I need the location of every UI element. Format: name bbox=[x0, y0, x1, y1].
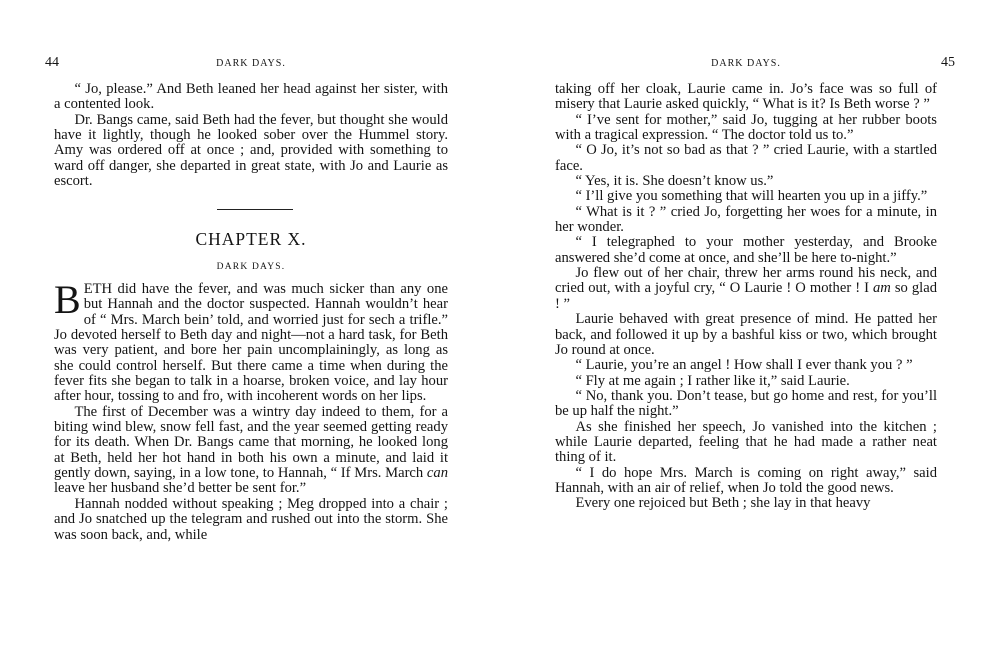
running-head-right: DARK DAYS. 45 bbox=[555, 58, 937, 74]
page-number-left: 44 bbox=[45, 55, 59, 71]
right-page: DARK DAYS. 45 taking off her cloak, Laur… bbox=[555, 0, 937, 656]
running-head-title-left: DARK DAYS. bbox=[216, 58, 286, 69]
paragraph: “ I do hope Mrs. March is coming on righ… bbox=[555, 466, 937, 497]
paragraph: The first of December was a wintry day i… bbox=[54, 405, 448, 497]
paragraph: Laurie behaved with great presence of mi… bbox=[555, 312, 937, 358]
paragraph: “ I’ll give you something that will hear… bbox=[555, 189, 937, 204]
drop-cap: B bbox=[54, 285, 81, 315]
chapter-title: CHAPTER X. bbox=[54, 229, 448, 250]
paragraph: Every one rejoiced but Beth ; she lay in… bbox=[555, 496, 937, 511]
paragraph: taking off her cloak, Laurie came in. Jo… bbox=[555, 82, 937, 113]
paragraph: “ What is it ? ” cried Jo, forgetting he… bbox=[555, 205, 937, 236]
left-page-opening-text: “ Jo, please.” And Beth leaned her head … bbox=[54, 82, 448, 189]
paragraph: Dr. Bangs came, said Beth had the fever,… bbox=[54, 113, 448, 190]
left-page: 44 DARK DAYS. “ Jo, please.” And Beth le… bbox=[54, 0, 448, 656]
emphasis: can bbox=[427, 465, 448, 481]
paragraph: “ Fly at me again ; I rather like it,” s… bbox=[555, 374, 937, 389]
paragraph-text: The first of December was a wintry day i… bbox=[54, 404, 448, 481]
paragraph: “ I telegraphed to your mother yesterday… bbox=[555, 235, 937, 266]
running-head-left: 44 DARK DAYS. bbox=[54, 58, 448, 74]
paragraph: As she finished her speech, Jo vanished … bbox=[555, 420, 937, 466]
chapter-body: BETH did have the fever, and was much si… bbox=[54, 282, 448, 543]
emphasis: am bbox=[873, 280, 891, 296]
paragraph-text: leave her husband she’d better be sent f… bbox=[54, 480, 306, 496]
page-number-right: 45 bbox=[941, 55, 955, 71]
chapter-divider-rule bbox=[217, 209, 293, 210]
paragraph: “ Laurie, you’re an angel ! How shall I … bbox=[555, 358, 937, 373]
running-head-title-right: DARK DAYS. bbox=[711, 58, 781, 69]
paragraph: “ Yes, it is. She doesn’t know us.” bbox=[555, 174, 937, 189]
chapter-subtitle: DARK DAYS. bbox=[54, 262, 448, 272]
paragraph-text: ETH did have the fever, and was much sic… bbox=[54, 281, 448, 404]
paragraph: “ No, thank you. Don’t tease, but go hom… bbox=[555, 389, 937, 420]
chapter-first-paragraph: BETH did have the fever, and was much si… bbox=[54, 282, 448, 405]
paragraph: “ I’ve sent for mother,” said Jo, tuggin… bbox=[555, 113, 937, 144]
paragraph: “ Jo, please.” And Beth leaned her head … bbox=[54, 82, 448, 113]
paragraph: Jo flew out of her chair, threw her arms… bbox=[555, 266, 937, 312]
paragraph: “ O Jo, it’s not so bad as that ? ” crie… bbox=[555, 143, 937, 174]
paragraph: Hannah nodded without speaking ; Meg dro… bbox=[54, 497, 448, 543]
right-page-text: taking off her cloak, Laurie came in. Jo… bbox=[555, 82, 937, 512]
